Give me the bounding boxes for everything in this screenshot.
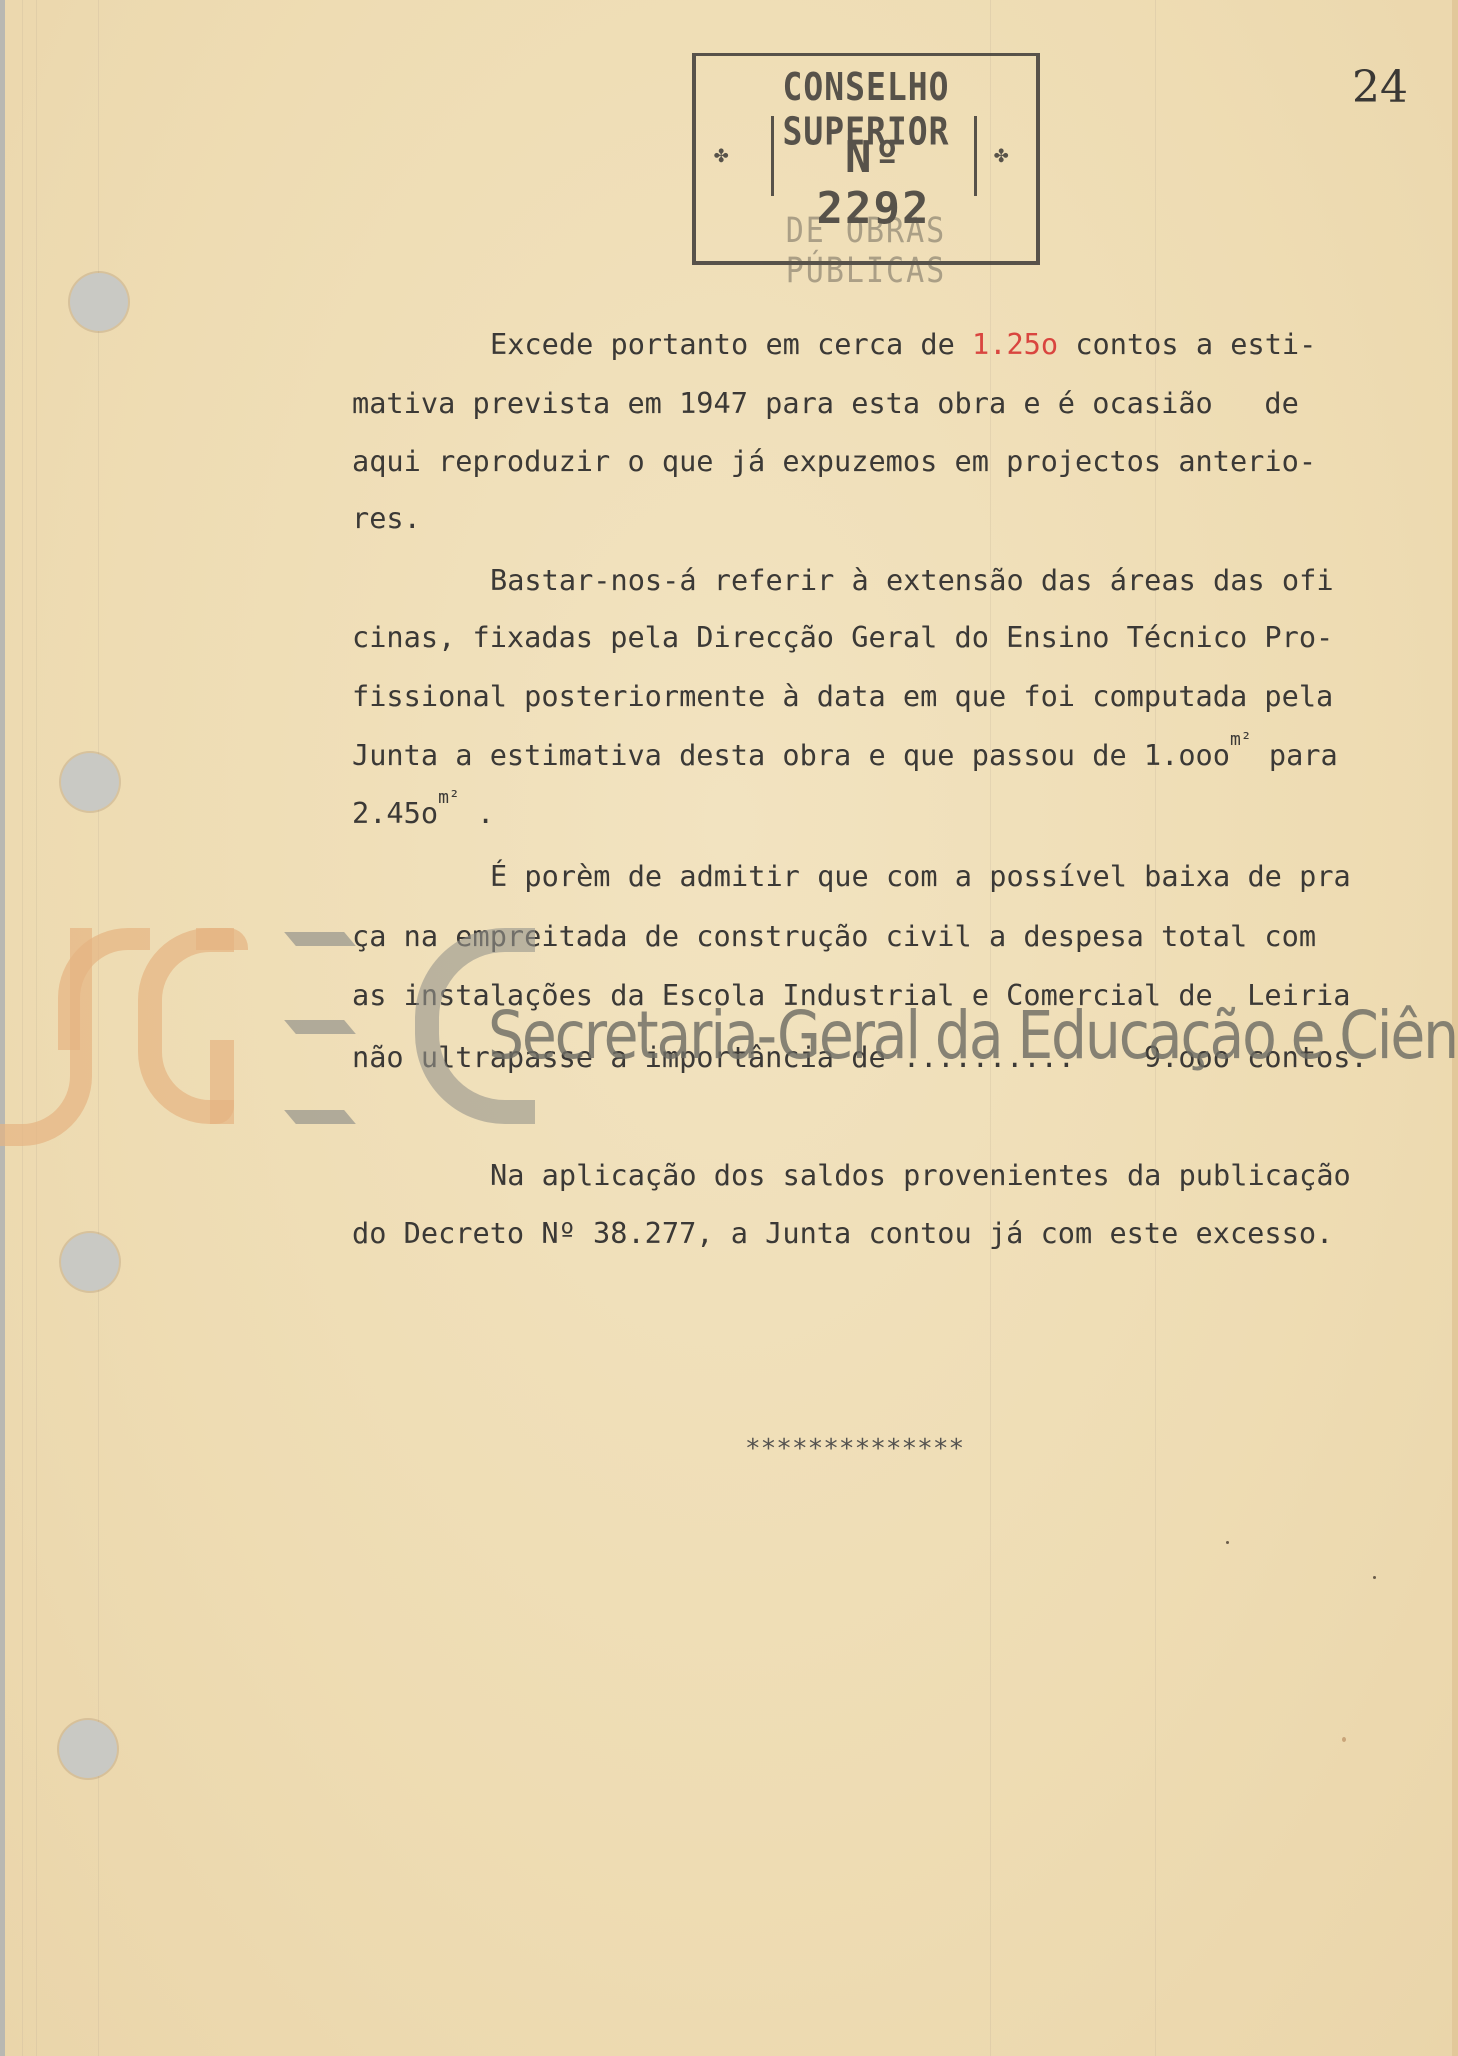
text-line: 2.45om² . [352,799,494,828]
ornament-icon: ✤ [714,140,728,168]
text-line: aqui reproduzir o que já expuzemos em pr… [352,447,1316,476]
stamp-subtitle: DE OBRAS PÚBLICAS [702,211,1030,292]
logo-letter-e [284,1110,356,1124]
text-line: Junta a estimativa desta obra e que pass… [352,741,1338,770]
page-number: 24 [1352,62,1408,113]
logo-letter-e [284,932,356,946]
text-line: mativa prevista em 1947 para esta obra e… [352,389,1299,418]
punch-hole [61,1233,119,1291]
text-line: Excede portanto em cerca de 1.25o contos… [490,330,1316,359]
text-line: res. [352,504,421,533]
text-line: Na aplicação dos saldos provenientes da … [490,1161,1351,1190]
text-line: do Decreto Nº 38.277, a Junta contou já … [352,1219,1333,1248]
text-line: Bastar-nos-á referir à extensão das área… [490,566,1334,595]
paper-speck [1342,1737,1346,1742]
punch-hole [61,753,119,811]
highlighted-amount: 1.25o [972,327,1058,361]
text-line: cinas, fixadas pela Direcção Geral do En… [352,623,1333,652]
separator-asterisks: ************** [745,1434,964,1464]
logo-letter-e [284,1020,356,1034]
punch-hole [59,1720,117,1778]
text-line: fissional posteriormente à data em que f… [352,682,1333,711]
superscript-unit: m² [438,787,460,808]
superscript-unit: m² [1230,729,1252,750]
text-line: É porèm de admitir que com a possível ba… [490,862,1351,891]
watermark-text: Secretaria-Geral da Educação e Ciência [488,997,1458,1074]
paper-speck [1373,1576,1376,1579]
logo-letter-g [210,1040,234,1124]
logo-letter-g [196,928,248,950]
punch-hole [70,273,128,331]
ornament-icon: ✤ [994,140,1008,168]
document-page: CONSELHO SUPERIOR ✤ Nº 2292 ✤ DE OBRAS P… [0,0,1458,2056]
registry-stamp: CONSELHO SUPERIOR ✤ Nº 2292 ✤ DE OBRAS P… [692,53,1040,265]
paper-speck [1226,1541,1229,1544]
